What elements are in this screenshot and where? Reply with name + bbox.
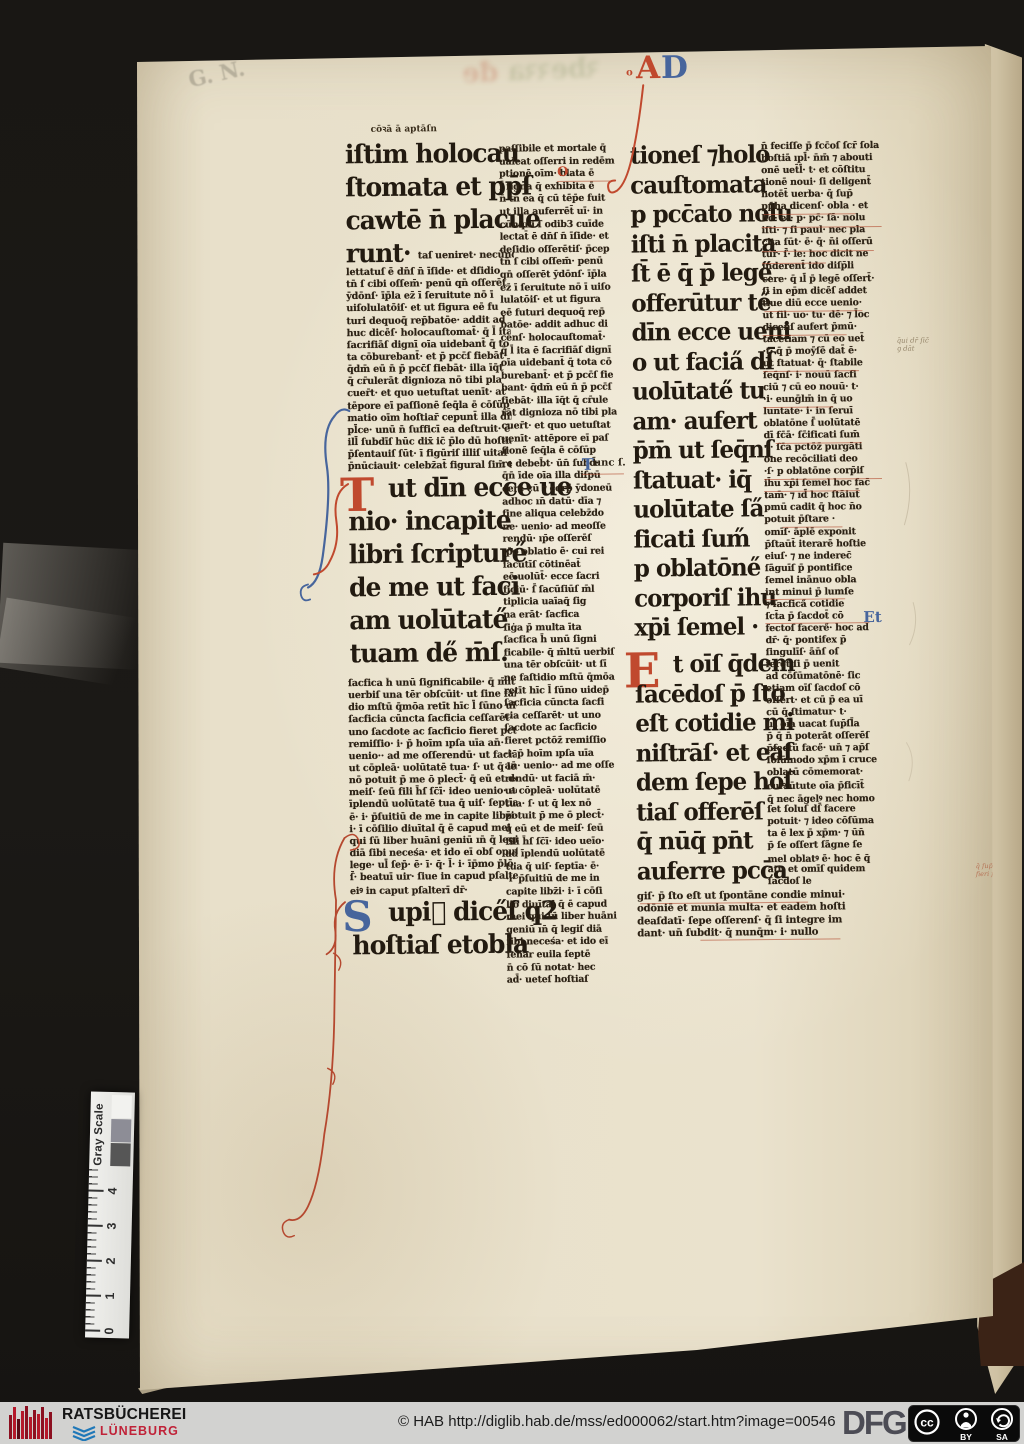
cc-sa-label: SA bbox=[996, 1432, 1008, 1442]
ruler-tick bbox=[86, 1295, 101, 1297]
gray-patch-white bbox=[111, 1095, 132, 1118]
library-book-icon bbox=[72, 1424, 96, 1441]
digitized-manuscript-photo: G. N. ꝛbeꝛꝛa đe o A D cōꝛā ā aptāſn iſti… bbox=[0, 0, 1024, 1444]
grayscale-calibration-strip: 0 1 2 3 4 Gray Scale bbox=[85, 1091, 135, 1338]
copyright-url: © HAB http://diglib.hab.de/mss/ed000062/… bbox=[398, 1413, 836, 1430]
ruler-tick bbox=[87, 1260, 102, 1262]
dfg-logo: DFG bbox=[842, 1404, 906, 1442]
grayscale-label: Gray Scale bbox=[92, 1103, 106, 1166]
footer-bar: RATSBÜCHEREI LÜNEBURG © HAB http://digli… bbox=[0, 1402, 1024, 1444]
person-icon bbox=[963, 1412, 968, 1417]
ruler-tick bbox=[88, 1225, 103, 1227]
manuscript-page: G. N. ꝛbeꝛꝛa đe o A D cōꝛā ā aptāſn iſti… bbox=[137, 46, 993, 1390]
gray-patch-mid bbox=[111, 1119, 132, 1142]
ruler-number: 2 bbox=[104, 1254, 118, 1268]
pen-flourishes bbox=[132, 42, 1001, 1394]
ruler-minor-ticks bbox=[85, 1163, 98, 1331]
ruler-tick bbox=[85, 1330, 100, 1332]
cc-by-label: BY bbox=[960, 1432, 972, 1442]
ruler-number: 0 bbox=[102, 1324, 116, 1338]
ruler-number: 3 bbox=[105, 1219, 119, 1233]
cc-icon: cc bbox=[920, 1416, 934, 1430]
library-name: RATSBÜCHEREI bbox=[62, 1406, 186, 1424]
ruler-face: 0 1 2 3 4 Gray Scale bbox=[85, 1091, 135, 1338]
library-city: LÜNEBURG bbox=[100, 1424, 179, 1438]
gray-patch-dark bbox=[110, 1143, 131, 1166]
ruler-number: 4 bbox=[105, 1184, 119, 1198]
cc-by-sa-badge: cc BY SA bbox=[908, 1405, 1020, 1442]
ruler-tick bbox=[89, 1190, 104, 1192]
ruler-number: 1 bbox=[103, 1289, 117, 1303]
library-bars-icon bbox=[8, 1405, 58, 1442]
